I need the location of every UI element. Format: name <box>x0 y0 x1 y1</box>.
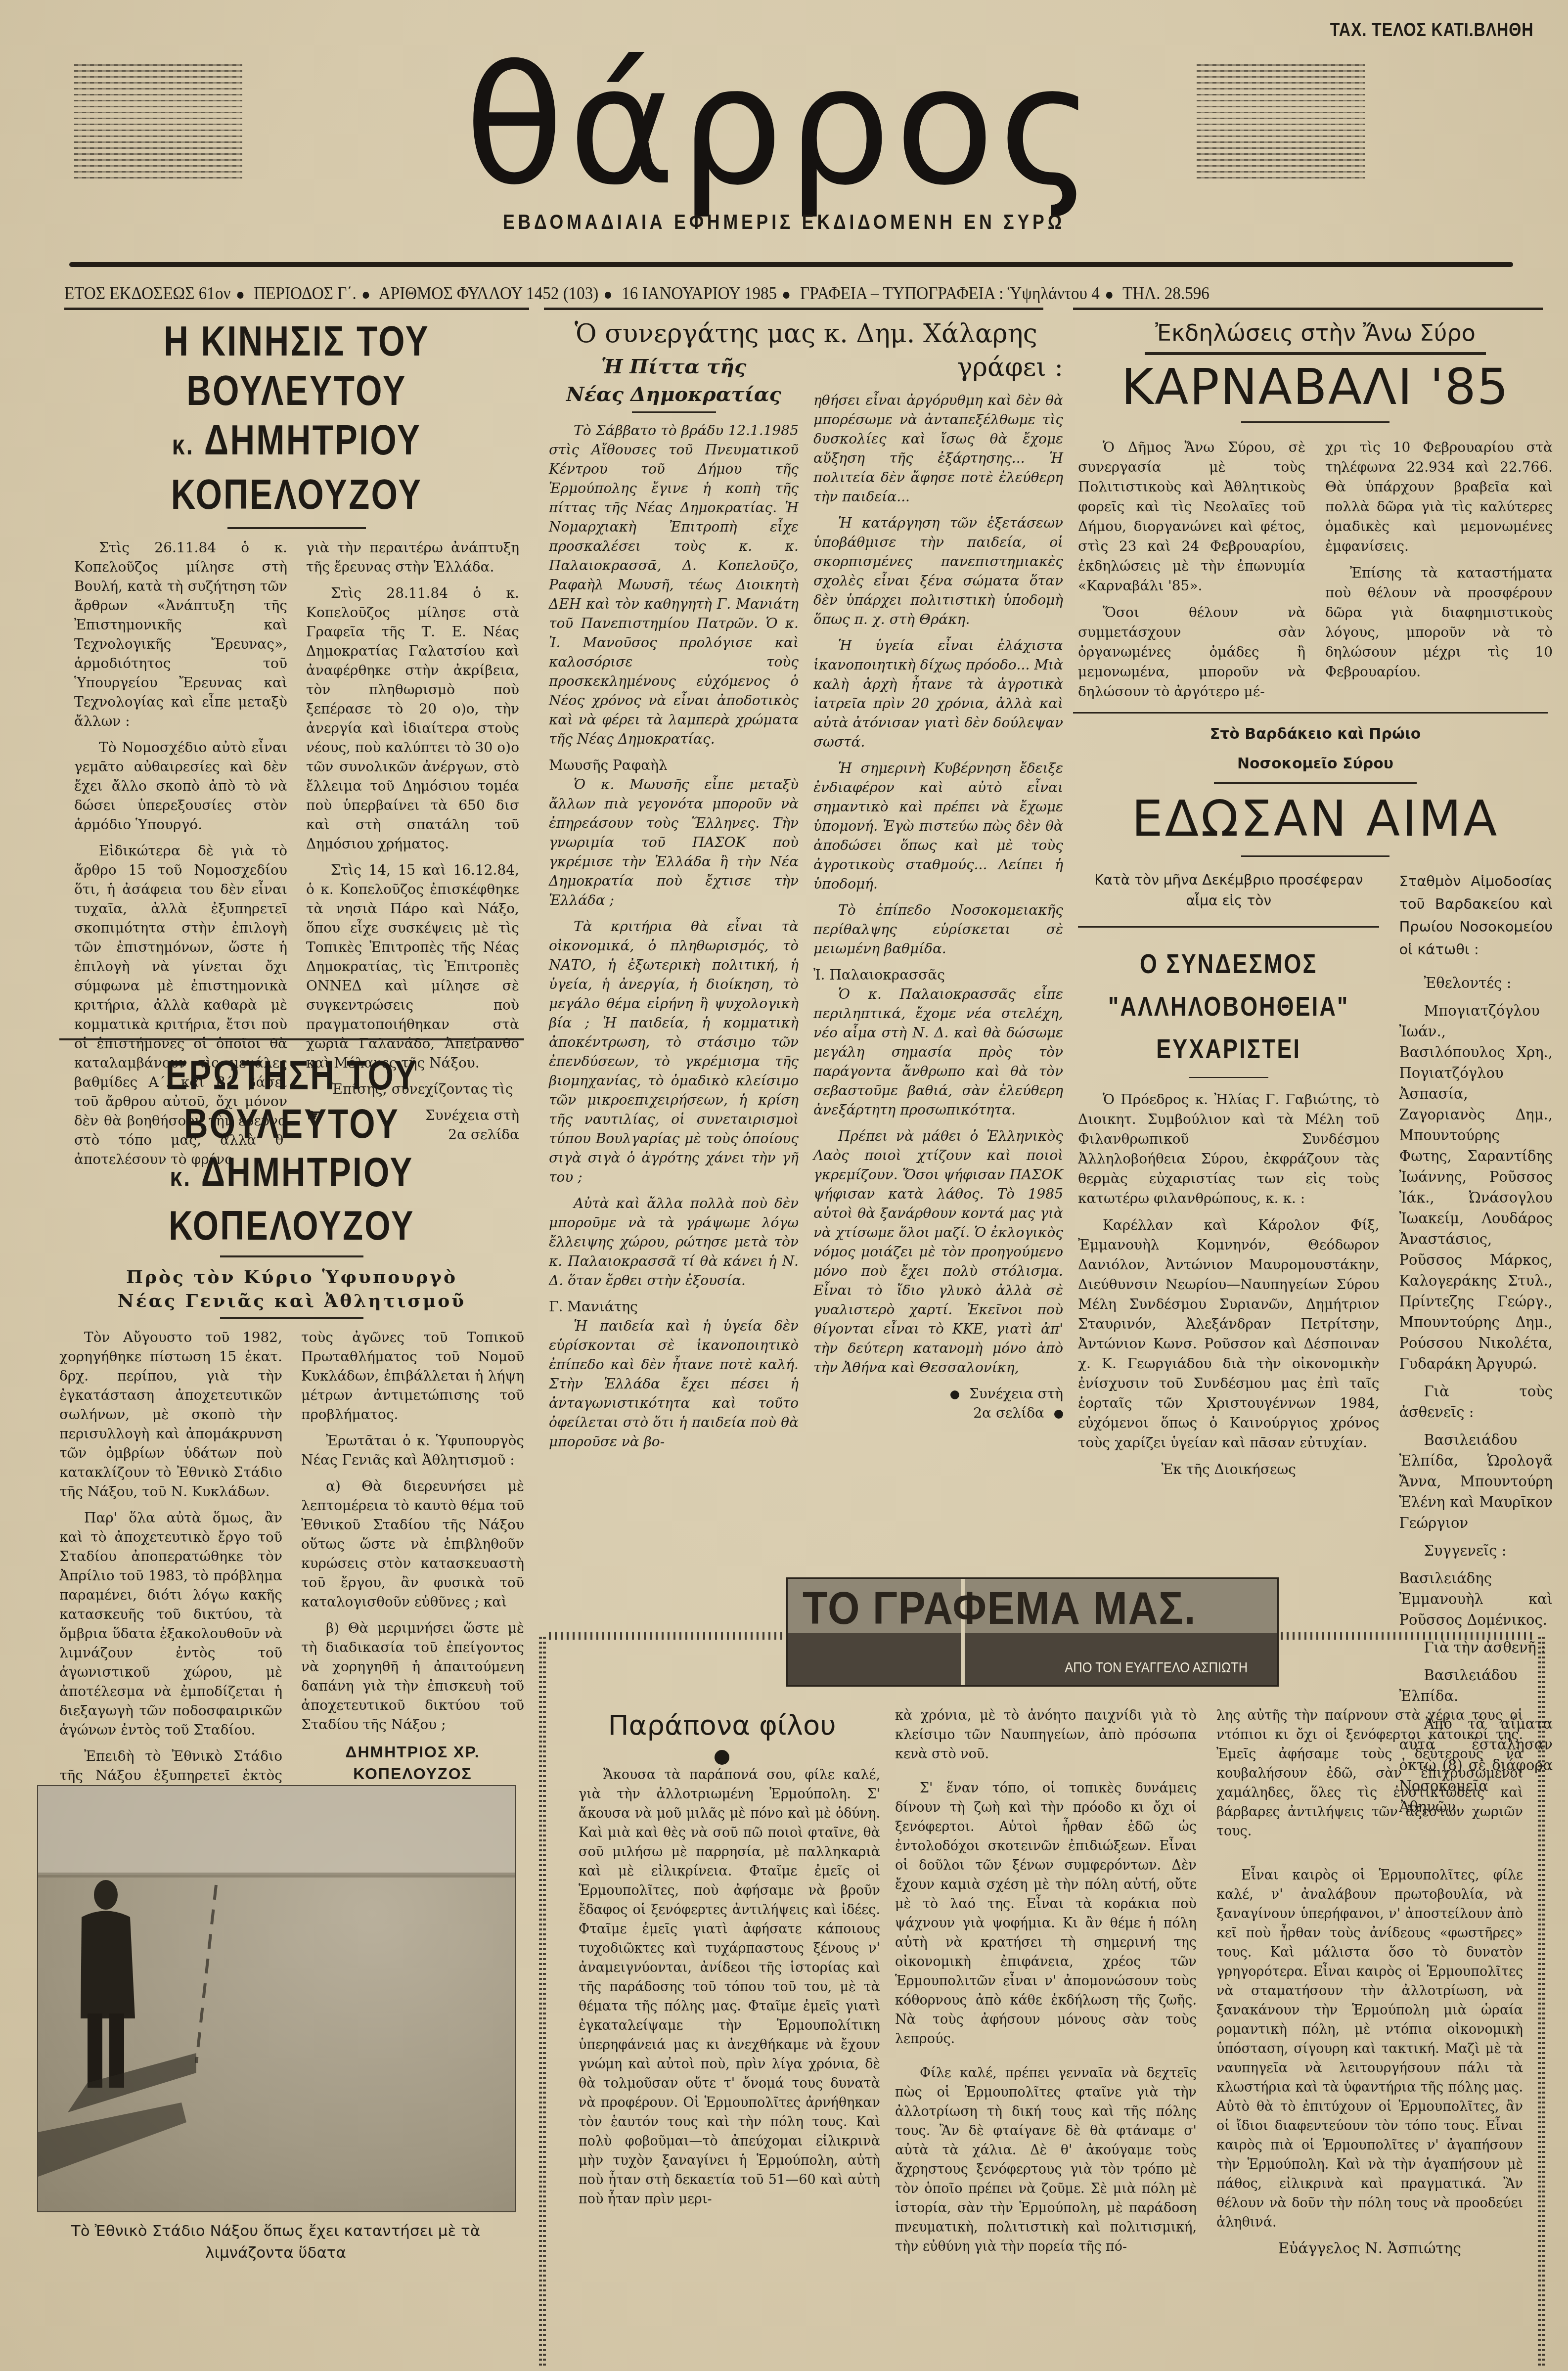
photo-illustration-icon <box>38 1786 515 2211</box>
paragraph: Ὁ κ. Παλαιοκρασσᾶς εἶπε περιληπτικά, ἔχο… <box>813 984 1063 1119</box>
paragraph: Σταθμὸν Αἱμοδοσίας τοῦ Βαρδακείου καὶ Πρ… <box>1399 870 1553 961</box>
kicker-line-1: Στὸ Βαρδάκειο καὶ Πρώιο <box>1078 719 1553 749</box>
paragraph: Ὁ Δῆμος Ἄνω Σύρου, σὲ συνεργασία μὲ τοὺς… <box>1078 438 1305 596</box>
speaker-name: Ἰ. Παλαιοκρασσᾶς <box>813 965 1063 984</box>
paragraph: Πρέπει νὰ μάθει ὁ Ἑλληνικὸς Λαὸς ποιοὶ χ… <box>813 1126 1063 1377</box>
title-rule <box>632 411 716 413</box>
column-2: χρι τὶς 10 Φεβρουαρίου στὰ τηλέφωνα 22.9… <box>1325 438 1553 709</box>
headline-rule <box>1241 421 1389 423</box>
banner-title: ΤΟ ΓΡΑΦΕΜΑ ΜΑΣ. <box>803 1584 1196 1633</box>
headline-prefix: κ. <box>170 1161 191 1192</box>
article-body: Ἡ Πίττα τῆς Νέας Δημοκρατίας Τὸ Σάββατο … <box>549 353 1063 1458</box>
paragraph: Σ' ἕναν τόπο, οἱ τοπικὲς δυνάμεις δίνουν… <box>895 1779 1197 2049</box>
header-rule <box>69 262 1513 267</box>
kicker-end: γράφει : <box>813 350 1063 385</box>
section-rule <box>1073 712 1548 714</box>
bullet-dot <box>715 1750 729 1765</box>
paragraph: Ἄκουσα τὰ παράπονά σου, φίλε καλέ, γιὰ τ… <box>579 1765 880 2209</box>
article-syndesmos-allilovoitheia: Ο ΣΥΝΔΕΣΜΟΣ "ΑΛΛΗΛΟΒΟΗΘΕΙΑ" ΕΥΧΑΡΙΣΤΕΙ Ὁ… <box>1078 942 1379 1479</box>
headline-name: ΔΗΜΗΤΡΙΟΥ ΚΟΠΕΛΟΥΖΟΥ <box>169 1149 415 1249</box>
paragraph: Φίλε καλέ, πρέπει γενναῖα νὰ δεχτεῖς πὼς… <box>895 2063 1197 2256</box>
wavy-border-left <box>539 1637 550 2369</box>
bullet-icon <box>363 292 369 299</box>
paragraph: ηθήσει εἶναι ἀργόρυθμη καὶ δὲν θὰ μπορέσ… <box>813 391 1063 506</box>
headline-name: ΔΗΜΗΤΡΙΟΥ ΚΟΠΕΛΟΥΖΟΥ <box>171 416 423 518</box>
headline-rule <box>1189 1077 1268 1078</box>
column-1: Ἡ Πίττα τῆς Νέας Δημοκρατίας Τὸ Σάββατο … <box>549 353 799 1458</box>
paragraph: Ὁ κ. Μωυσῆς εἶπε μεταξὺ ἄλλων πιὰ γεγονό… <box>549 775 799 910</box>
subheadline-rule <box>220 1317 363 1319</box>
headline-rule <box>1241 855 1389 857</box>
article-title: Ἡ Πίττα τῆς Νέας Δημοκρατίας <box>549 353 799 408</box>
speaker-name: Γ. Μανιάτης <box>549 1297 799 1316</box>
article-body: Ὁ Πρόεδρος κ. Ἠλίας Γ. Γαβιώτης, τὸ Διοι… <box>1078 1090 1379 1479</box>
section-rule-left <box>64 308 529 310</box>
paragraph: χρι τὶς 10 Φεβρουαρίου στὰ τηλέφωνα 22.9… <box>1325 438 1553 556</box>
continued-label: Συνέχεια στὴ <box>969 1386 1063 1402</box>
paragraph: Ἡ παιδεία καὶ ἡ ὑγεία δὲν εὑρίσκονται σὲ… <box>549 1316 799 1451</box>
paragraph: Ἡ σημερινὴ Κυβέρνηση ἔδειξε ἐνδιαφέρον κ… <box>813 759 1063 894</box>
caption-line-2: λιμνάζοντα ὕδατα <box>37 2242 514 2264</box>
column-2: τοὺς ἀγῶνες τοῦ Τοπικοῦ Πρωταθλήματος το… <box>301 1328 524 1844</box>
article-parapona-column-3: λης αὐτῆς τὴν παίρνουν στὰ χέρια τους οἱ… <box>1216 1706 1523 2258</box>
bullet-icon <box>1054 1410 1063 1419</box>
wavy-border-right <box>1538 1637 1549 2369</box>
signature: Ἐκ τῆς Διοικήσεως <box>1078 1460 1379 1479</box>
section-rule <box>1078 926 1379 928</box>
headline: ΕΔΩΣΑΝ ΑΙΜΑ <box>1078 784 1553 853</box>
paragraph: Παρ' ὅλα αὐτὰ ὅμως, ἂν καὶ τὸ ἀποχετευτι… <box>59 1508 282 1740</box>
headline-line-2: κ. ΔΗΜΗΤΡΙΟΥ ΚΟΠΕΛΟΥΖΟΥ <box>119 415 475 519</box>
photo-caption: Τὸ Ἐθνικὸ Στάδιο Νάξου ὅπως ἔχει καταντή… <box>37 2220 514 2264</box>
issue-number: ΑΡΙΘΜΟΣ ΦΥΛΛΟΥ 1452 (103) <box>379 283 599 303</box>
article-parapona-column-1: Ἄκουσα τὰ παράπονά σου, φίλε καλέ, γιὰ τ… <box>579 1765 880 2216</box>
headline: ΚΑΡΝΑΒΑΛΙ '85 <box>1078 355 1553 419</box>
subheadline-line-2: Νέας Γενιᾶς καὶ Ἀθλητισμοῦ <box>59 1289 524 1313</box>
bullet-icon <box>950 1390 959 1399</box>
kicker-line-2: Νοσοκομεῖο Σύρου <box>1078 749 1553 779</box>
article-body: Τὸν Αὔγουστο τοῦ 1982, χορηγήθηκε πίστωσ… <box>59 1328 524 1844</box>
paragraph: Καρέλλαν καὶ Κάρολον Φίξ, Ἐμμανουὴλ Κομν… <box>1078 1215 1379 1453</box>
wavy-border-top-right <box>1281 1632 1533 1640</box>
banner-byline: ΑΠΟ ΤΟΝ ΕΥΑΓΓΕΛΟ ΑΣΠΙΩΤΗ <box>1065 1659 1248 1676</box>
continued-page: 2α σελίδα <box>973 1405 1044 1421</box>
title-line-2: Νέας Δημοκρατίας <box>549 381 799 408</box>
kicker: Στὸ Βαρδάκειο καὶ Πρώιο Νοσοκομεῖο Σύρου <box>1078 719 1553 779</box>
kicker: Ἐκδηλώσεις στὴν Ἄνω Σύρο <box>1078 316 1553 349</box>
title-line-1: Ἡ Πίττα τῆς <box>549 353 799 381</box>
paragraph: Τὸν Αὔγουστο τοῦ 1982, χορηγήθηκε πίστωσ… <box>59 1328 282 1501</box>
headline: Παράπονα φίλου <box>569 1708 875 1743</box>
paragraph: Ἡ ὑγεία εἶναι ἐλάχιστα ἱκανοποιητικὴ δίχ… <box>813 636 1063 752</box>
paragraph: τοὺς ἀγῶνες τοῦ Τοπικοῦ Πρωταθλήματος το… <box>301 1328 524 1424</box>
paragraph: Στὶς 14, 15 καὶ 16.12.84, ὁ κ. Κοπελοῦζο… <box>306 860 519 1073</box>
headline: ΕΡΩΤΗΣΗ ΤΟΥ ΒΟΥΛΕΥΤΟΥ <box>106 1051 478 1148</box>
paragraph: Ἐπίσης τὰ καταστήματα ποὺ θέλουν νὰ προσ… <box>1325 563 1553 682</box>
bullet-icon <box>783 292 790 299</box>
paragraph: κὰ χρόνια, μὲ τὸ ἀνόητο παιχνίδι γιὰ τὸ … <box>895 1706 1197 1764</box>
headline-line-2: "ΑΛΛΗΛΟΒΟΗΘΕΙΑ" <box>1108 985 1349 1028</box>
headline-prefix: κ. <box>172 429 194 461</box>
caption-line-1: Τὸ Ἐθνικὸ Στάδιο Νάξου ὅπως ἔχει καταντή… <box>37 2220 514 2242</box>
postal-note: ΤΑΧ. ΤΕΛΟΣ ΚΑΤΙ.ΒΛΗΘΗ <box>1330 20 1533 41</box>
donor-list: Βασιλειάδου Ἐλπίδα, Ὡρολογᾶ Ἄννα, Μπουντ… <box>1399 1430 1553 1533</box>
issue-year: ΕΤΟΣ ΕΚΔΟΣΕΩΣ 61ον <box>64 283 230 303</box>
paragraph: Τὸ ἐπίπεδο Νοσοκομειακῆς περίθαλψης εὑρί… <box>813 900 1063 958</box>
donor-list: Βασιλειάδης Ἐμμανουὴλ καὶ Ροῦσσος Δομένι… <box>1399 1568 1553 1630</box>
subheadline-line-1: Πρὸς τὸν Κύριο Ὑφυπουργὸ <box>59 1265 524 1289</box>
headline-rule <box>227 527 366 529</box>
article-erotisi-vouleutou: ΕΡΩΤΗΣΗ ΤΟΥ ΒΟΥΛΕΥΤΟΥ κ. ΔΗΜΗΤΡΙΟΥ ΚΟΠΕΛ… <box>59 1051 524 1844</box>
paragraph: Τὰ κριτήρια θὰ εἶναι τὰ οἰκονομικά, ὁ πλ… <box>549 917 799 1187</box>
list-label: Γιὰ τὴν ἀσθενῆ : <box>1399 1637 1553 1658</box>
bullet-icon <box>237 292 243 299</box>
article-karnavali: Ἐκδηλώσεις στὴν Ἄνω Σύρο ΚΑΡΝΑΒΑΛΙ '85 Ὁ… <box>1078 316 1553 709</box>
signature: Εὐάγγελος Ν. Ἀσπιώτης <box>1216 2239 1523 2258</box>
paragraph: λης αὐτῆς τὴν παίρνουν στὰ χέρια τους οἱ… <box>1216 1706 1523 1841</box>
issue-date: 16 ΙΑΝΟΥΑΡΙΟΥ 1985 <box>622 283 777 303</box>
speaker-name: Μωυσῆς Ραφαὴλ <box>549 756 799 775</box>
column-banner: ΤΟ ΓΡΑΦΕΜΑ ΜΑΣ. ΑΠΟ ΤΟΝ ΕΥΑΓΓΕΛΟ ΑΣΠΙΩΤΗ <box>786 1577 1279 1687</box>
headline-line-2: κ. ΔΗΜΗΤΡΙΟΥ ΚΟΠΕΛΟΥΖΟΥ <box>106 1148 478 1250</box>
section-rule-right <box>1073 308 1543 310</box>
column-1: Ὁ Δῆμος Ἄνω Σύρου, σὲ συνεργασία μὲ τοὺς… <box>1078 438 1305 709</box>
list-label: Ἐθελοντές : <box>1399 973 1553 993</box>
donor-list: Βασιλειάδου Ἐλπίδα. <box>1399 1665 1553 1706</box>
headline-line-3: ΕΥΧΑΡΙΣΤΕΙ <box>1108 1028 1349 1070</box>
column-2: γράφει : ηθήσει εἶναι ἀργόρυθμη καὶ δὲν … <box>813 353 1063 1458</box>
issue-period: ΠΕΡΙΟΔΟΣ Γ΄. <box>254 283 356 303</box>
list-label: Συγγενεῖς : <box>1399 1540 1553 1561</box>
section-rule-middle <box>544 308 1043 310</box>
article-pitta-nd: Ὁ συνεργάτης μας κ. Δημ. Χάλαρης Ἡ Πίττα… <box>549 316 1063 1458</box>
headline: Ο ΣΥΝΔΕΣΜΟΣ <box>1108 942 1349 985</box>
article-parapona-column-2: κὰ χρόνια, μὲ τὸ ἀνόητο παιχνίδι γιὰ τὸ … <box>895 1706 1197 2263</box>
paragraph: Τὸ Σάββατο τὸ βράδυ 12.1.1985 στὶς Αἴθου… <box>549 421 799 749</box>
masthead-subtitle: ΕΒΔΟΜΑΔΙΑΙΑ ΕΦΗΜΕΡΙΣ ΕΚΔΙΔΟΜΕΝΗ ΕΝ ΣΥΡΩ <box>118 210 1450 234</box>
paragraph: Στὶς 28.11.84 ὁ κ. Κοπελοῦζος μίλησε στὰ… <box>306 583 519 853</box>
stadium-photo <box>37 1785 516 2212</box>
bullet-icon <box>1106 292 1113 299</box>
wavy-border-top-left <box>549 1632 786 1640</box>
masthead-title: θάρρος <box>430 45 1132 208</box>
paragraph: Εἶναι καιρὸς οἱ Ἑρμουπολῖτες, φίλε καλέ,… <box>1216 1866 1523 2232</box>
list-label: Γιὰ τοὺς ἀσθενεῖς : <box>1399 1381 1553 1423</box>
paragraph: β) Θὰ μεριμνήσει ὥστε μὲ τὴ διαδικασία τ… <box>301 1618 524 1734</box>
masthead-wave-pattern-left <box>74 64 242 183</box>
article-body: Ὁ Δῆμος Ἄνω Σύρου, σὲ συνεργασία μὲ τοὺς… <box>1078 438 1553 709</box>
headline: Η ΚΙΝΗΣΙΣ ΤΟΥ ΒΟΥΛΕΥΤΟΥ <box>119 316 475 415</box>
paragraph: Ὅσοι θέλουν νὰ συμμετάσχουν σὰν ὀργανωμέ… <box>1078 603 1305 702</box>
paragraph: Αὐτὰ καὶ ἄλλα πολλὰ ποὺ δὲν μποροῦμε νὰ … <box>549 1194 799 1290</box>
article-parapona-headline-block: Παράπονα φίλου <box>569 1708 875 1765</box>
section-rule <box>59 1038 524 1040</box>
bullet-icon <box>605 292 611 299</box>
column-1: Τὸν Αὔγουστο τοῦ 1982, χορηγήθηκε πίστωσ… <box>59 1328 282 1844</box>
signature-name: ΔΗΜΗΤΡΙΟΣ ΧΡ. ΚΟΠΕΛΟΥΖΟΣ <box>301 1741 524 1785</box>
bullet-icon <box>569 1750 875 1765</box>
masthead-wave-pattern-right <box>1197 64 1365 183</box>
kicker: Ὁ συνεργάτης μας κ. Δημ. Χάλαρης <box>549 316 1063 351</box>
subheadline: Πρὸς τὸν Κύριο Ὑφυπουργὸ Νέας Γενιᾶς καὶ… <box>59 1265 524 1313</box>
paragraph: Τὸ Νομοσχέδιο αὐτὸ εἶναι γεμᾶτο αὐθαιρεσ… <box>74 738 287 834</box>
issue-info-bar: ΕΤΟΣ ΕΚΔΟΣΕΩΣ 61ον ΠΕΡΙΟΔΟΣ Γ΄. ΑΡΙΘΜΟΣ … <box>64 283 1406 304</box>
paragraph: γιὰ τὴν περαιτέρω ἀνάπτυξη τῆς ἔρευνας σ… <box>306 538 519 577</box>
intro-text: Κατὰ τὸν μῆνα Δεκέμβριο προσέφεραν αἷμα … <box>1078 870 1379 911</box>
paragraph: Ἡ κατάργηση τῶν ἐξετάσεων ὑποβάθμισε τὴν… <box>813 513 1063 629</box>
article-kinisis-vouleutou: Η ΚΙΝΗΣΙΣ ΤΟΥ ΒΟΥΛΕΥΤΟΥ κ. ΔΗΜΗΤΡΙΟΥ ΚΟΠ… <box>74 316 519 1176</box>
paragraph: Ἐρωτᾶται ὁ κ. Ὑφυπουργὸς Νέας Γενιᾶς καὶ… <box>301 1431 524 1470</box>
paragraph: Στὶς 26.11.84 ὁ κ. Κοπελοῦζος μίλησε στὴ… <box>74 538 287 731</box>
issue-offices: ΓΡΑΦΕΙΑ – ΤΥΠΟΓΡΑΦΕΙΑ : Ὑψηλάντου 4 <box>800 283 1100 303</box>
column-2: Σταθμὸν Αἱμοδοσίας τοῦ Βαρδακείου καὶ Πρ… <box>1399 870 1553 1824</box>
donor-list: Μπογιατζόγλου Ἰωάν., Βασιλόπουλος Χρη., … <box>1399 1000 1553 1374</box>
paragraph: Ὁ Πρόεδρος κ. Ἠλίας Γ. Γαβιώτης, τὸ Διοι… <box>1078 1090 1379 1208</box>
paragraph: α) Θὰ διερευνήσει μὲ λεπτομέρεια τὸ καυτ… <box>301 1476 524 1611</box>
continuation-note: Συνέχεια στὴ 2α σελίδα <box>813 1384 1063 1423</box>
headline-rule <box>220 1255 363 1257</box>
issue-phone: ΤΗΛ. 28.596 <box>1122 283 1210 303</box>
